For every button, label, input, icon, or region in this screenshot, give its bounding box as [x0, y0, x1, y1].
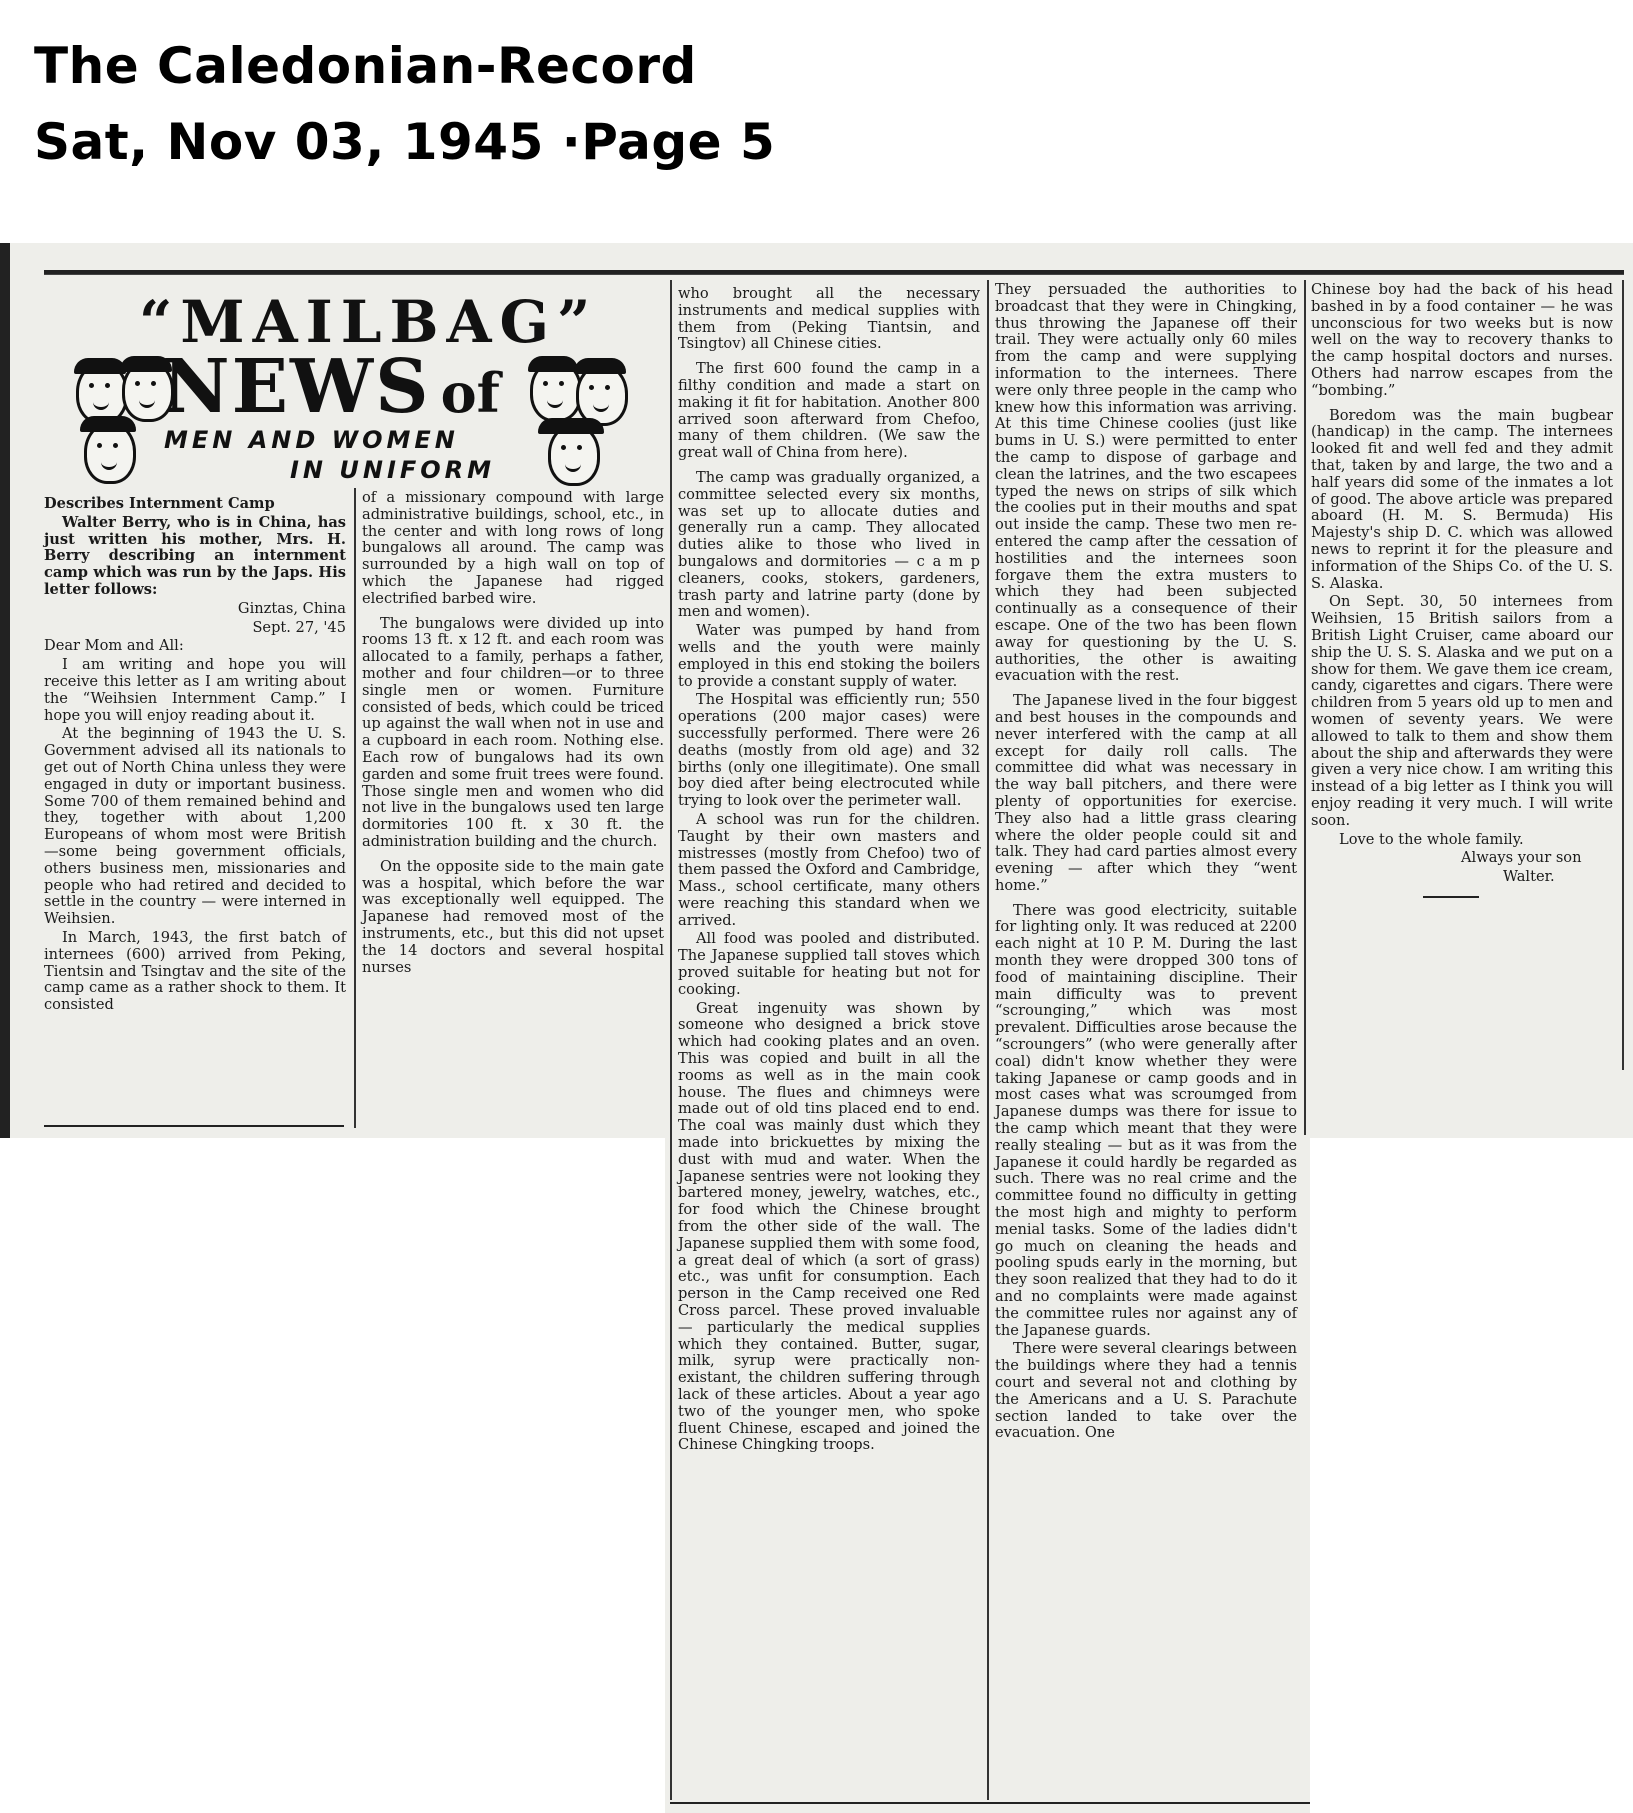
article-paragraph: The bungalows were divided up into rooms…: [362, 616, 664, 851]
article-paragraph: On Sept. 30, 50 internees from Weihsien,…: [1311, 594, 1613, 829]
headline-of: of: [441, 361, 500, 425]
article-subhead: Describes Internment Camp: [44, 496, 346, 513]
column-divider: [354, 488, 356, 1128]
sailor-cap-icon: [528, 356, 578, 372]
article-column-5: Chinese boy had the back of his head bas…: [1311, 282, 1613, 898]
aviator-cap-icon: [74, 358, 126, 374]
article-column-3: who brought all the necessary instrument…: [678, 286, 980, 1454]
letter-place: Ginztas, China: [44, 601, 346, 618]
article-paragraph: In March, 1943, the first batch of inter…: [44, 930, 346, 1014]
article-paragraph: A school was run for the children. Taugh…: [678, 812, 980, 930]
officer-cap-icon: [538, 418, 604, 434]
column-divider: [1622, 280, 1624, 1070]
article-paragraph: The camp was gradually organized, a comm…: [678, 470, 980, 621]
article-paragraph: Water was pumped by hand from wells and …: [678, 623, 980, 690]
article-column-1: Describes Internment Camp Walter Berry, …: [44, 496, 346, 1014]
article-column-4: They persuaded the authorities to broadc…: [995, 282, 1297, 1442]
article-paragraph: Chinese boy had the back of his head bas…: [1311, 282, 1613, 400]
headline-tagline: MEN AND WOMEN: [164, 426, 459, 454]
letter-signoff: Always your son: [1311, 850, 1613, 867]
article-paragraph: Boredom was the main bugbear (handicap) …: [1311, 408, 1613, 593]
article-paragraph: of a missionary compound with large admi…: [362, 490, 664, 608]
garrison-cap-icon: [120, 356, 172, 372]
bottom-rule: [44, 1125, 344, 1127]
article-paragraph: The Japanese lived in the four biggest a…: [995, 693, 1297, 895]
article-paragraph: On the opposite side to the main gate wa…: [362, 859, 664, 977]
service-hat-icon: [80, 416, 136, 432]
letter-closing: Love to the whole family.: [1311, 832, 1613, 849]
headline-news: NEWS: [162, 344, 431, 430]
column-divider: [987, 280, 989, 1800]
letter-signature: Walter.: [1311, 869, 1613, 886]
article-intro: Walter Berry, who is in China, has just …: [44, 515, 346, 599]
letter-date: Sept. 27, '45: [44, 620, 346, 637]
end-of-article-rule: [1423, 896, 1479, 898]
column-divider: [670, 280, 672, 1800]
top-rule: [44, 270, 1624, 275]
masthead: The Caledonian-Record Sat, Nov 03, 1945 …: [34, 28, 775, 180]
article-paragraph: At the beginning of 1943 the U. S. Gover…: [44, 726, 346, 928]
article-paragraph: There were several clearings between the…: [995, 1341, 1297, 1442]
publication-name: The Caledonian-Record: [34, 28, 775, 104]
article-paragraph: I am writing and hope you will receive t…: [44, 657, 346, 724]
article-column-2: of a missionary compound with large admi…: [362, 490, 664, 976]
headline-banner: “MAILBAG” NEWSof MEN AND WOMEN IN UNIFOR…: [44, 278, 664, 488]
article-paragraph: There was good electricity, suitable for…: [995, 903, 1297, 1340]
clipping-edge: [0, 243, 10, 1138]
letter-salutation: Dear Mom and All:: [44, 638, 346, 655]
publication-dateline: Sat, Nov 03, 1945 ·Page 5: [34, 104, 775, 180]
wave-hat-icon: [574, 358, 626, 374]
bottom-rule: [670, 1802, 1310, 1804]
article-paragraph: The Hospital was efficiently run; 550 op…: [678, 692, 980, 810]
article-paragraph: They persuaded the authorities to broadc…: [995, 282, 1297, 685]
article-paragraph: Great ingenuity was shown by someone who…: [678, 1001, 980, 1455]
headline-main: NEWSof: [162, 344, 500, 430]
headline-tagline: IN UNIFORM: [290, 456, 495, 484]
article-paragraph: who brought all the necessary instrument…: [678, 286, 980, 353]
column-divider: [1304, 280, 1306, 1135]
article-paragraph: The first 600 found the camp in a filthy…: [678, 361, 980, 462]
article-paragraph: All food was pooled and distributed. The…: [678, 931, 980, 998]
